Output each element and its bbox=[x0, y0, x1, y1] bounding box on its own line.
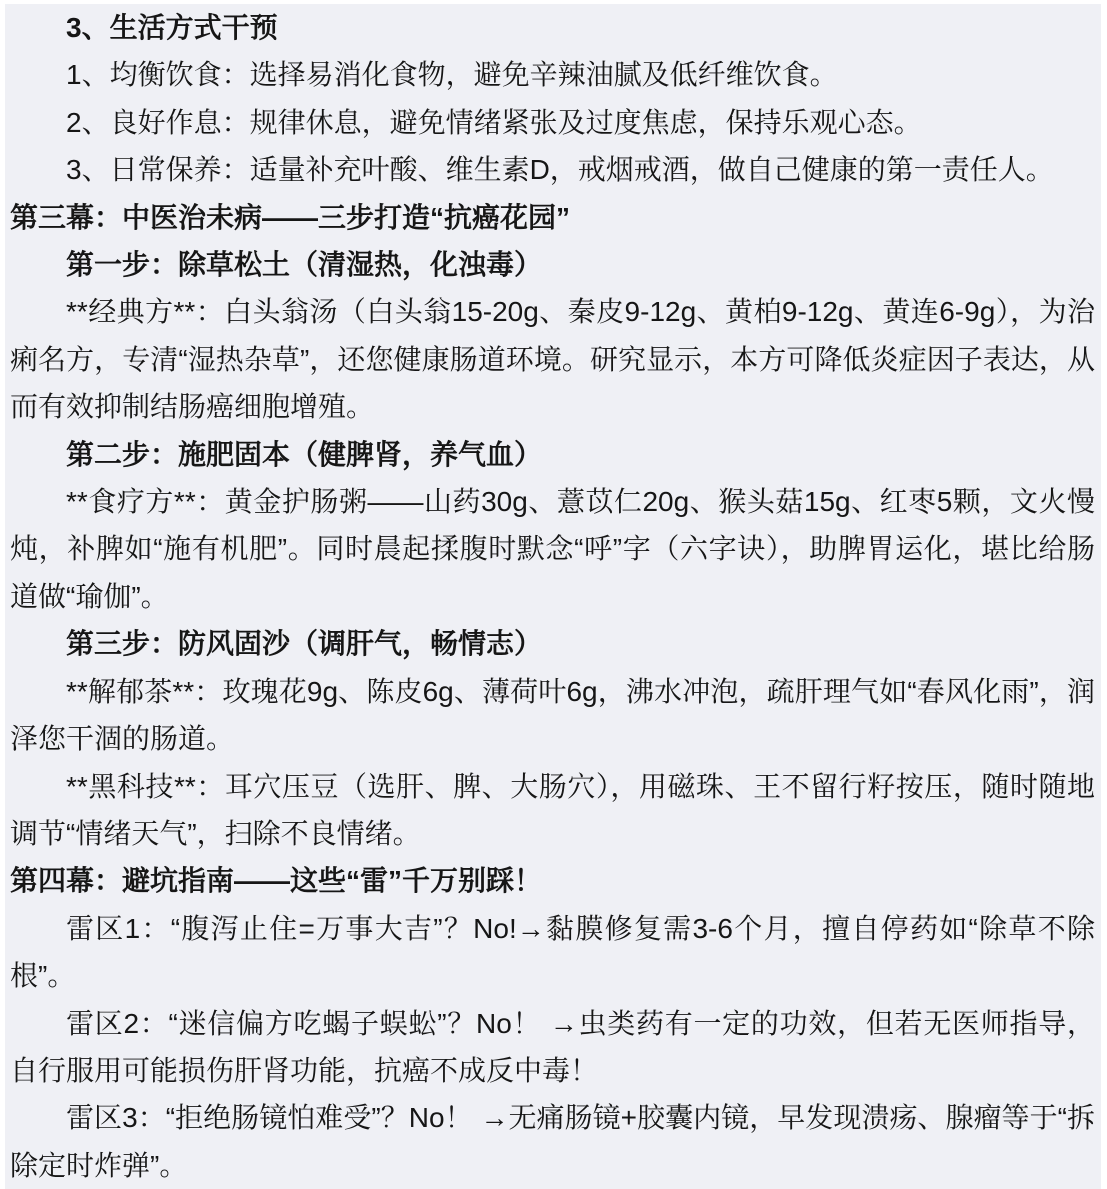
section-heading: 第二步：施肥固本（健脾肾，养气血） bbox=[10, 431, 1095, 478]
body-paragraph: 2、良好作息：规律休息，避免情绪紧张及过度焦虑，保持乐观心态。 bbox=[10, 99, 1095, 146]
body-paragraph: **黑科技**：耳穴压豆（选肝、脾、大肠穴），用磁珠、王不留行籽按压，随时随地调… bbox=[10, 763, 1095, 858]
body-paragraph: **解郁茶**：玫瑰花9g、陈皮6g、薄荷叶6g，沸水冲泡，疏肝理气如“春风化雨… bbox=[10, 668, 1095, 763]
body-paragraph: 雷区1：“腹泻止住=万事大吉”？No!→黏膜修复需3-6个月，擅自停药如“除草不… bbox=[10, 905, 1095, 1000]
section-heading: 第四幕：避坑指南——这些“雷”千万别踩！ bbox=[10, 857, 1095, 904]
body-paragraph: **食疗方**：黄金护肠粥——山药30g、薏苡仁20g、猴头菇15g、红枣5颗，… bbox=[10, 478, 1095, 620]
section-heading: 第三步：防风固沙（调肝气，畅情志） bbox=[10, 620, 1095, 667]
body-paragraph: 雷区3：“拒绝肠镜怕难受”？No！ →无痛肠镜+胶囊内镜，早发现溃疡、腺瘤等于“… bbox=[10, 1094, 1095, 1189]
body-paragraph: 3、日常保养：适量补充叶酸、维生素D，戒烟戒酒，做自己健康的第一责任人。 bbox=[10, 146, 1095, 193]
section-heading: 第一步：除草松土（清湿热，化浊毒） bbox=[10, 241, 1095, 288]
body-paragraph: **经典方**：白头翁汤（白头翁15-20g、秦皮9-12g、黄柏9-12g、黄… bbox=[10, 288, 1095, 430]
body-paragraph: 1、均衡饮食：选择易消化食物，避免辛辣油腻及低纤维饮食。 bbox=[10, 51, 1095, 98]
section-heading: 3、生活方式干预 bbox=[10, 4, 1095, 51]
text-blocks: 3、生活方式干预1、均衡饮食：选择易消化食物，避免辛辣油腻及低纤维饮食。2、良好… bbox=[10, 4, 1095, 1189]
document-page: 3、生活方式干预1、均衡饮食：选择易消化食物，避免辛辣油腻及低纤维饮食。2、良好… bbox=[5, 4, 1101, 1189]
section-heading: 第三幕：中医治未病——三步打造“抗癌花园” bbox=[10, 194, 1095, 241]
body-paragraph: 雷区2：“迷信偏方吃蝎子蜈蚣”？No！ →虫类药有一定的功效，但若无医师指导，自… bbox=[10, 1000, 1095, 1095]
